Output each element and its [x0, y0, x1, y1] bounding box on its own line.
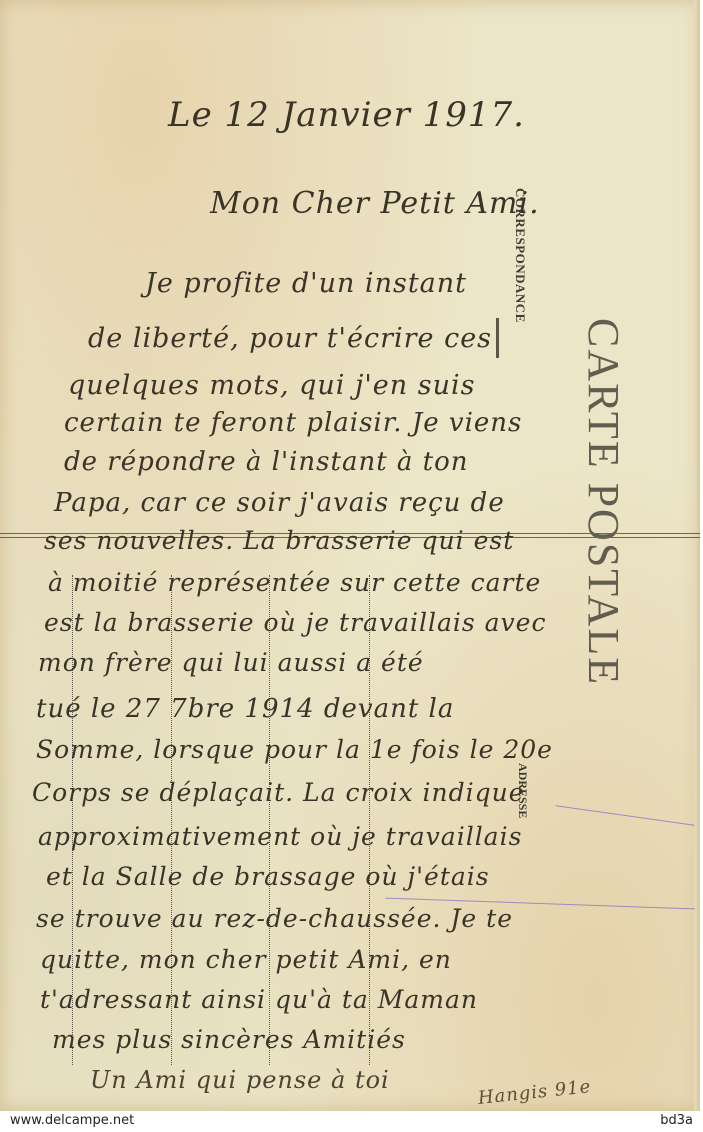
letter-line: de répondre à l'instant à ton	[64, 447, 469, 477]
letter-line: Je profite d'un instant	[145, 268, 467, 299]
letter-line: et la Salle de brassage où j'étais	[46, 862, 490, 891]
letter-line: Corps se déplaçait. La croix indique	[32, 778, 525, 807]
letter-line: ses nouvelles. La brasserie qui est	[44, 526, 514, 555]
item-code-label: bd3a	[660, 1113, 693, 1128]
letter-line: approximativement où je travaillais	[38, 822, 522, 851]
letter-line: est la brasserie où je travaillais avec	[44, 608, 546, 637]
watermark-footer: www.delcampe.net bd3a	[0, 1111, 703, 1132]
card-edge	[694, 0, 700, 1111]
divider-mark	[496, 318, 499, 358]
letter-line: mes plus sincères Amitiés	[52, 1025, 406, 1054]
letter-line: Papa, car ce soir j'avais reçu de	[54, 488, 505, 518]
letter-line: mon frère qui lui aussi a été	[38, 648, 424, 677]
letter-line: se trouve au rez-de-chaussée. Je te	[36, 904, 513, 933]
letter-line: Somme, lorsque pour la 1e fois le 20e	[36, 735, 553, 764]
letter-signature: Hangis 91e	[477, 1076, 592, 1109]
letter-line: t'adressant ainsi qu'à ta Maman	[40, 985, 478, 1014]
carte-postale-label: CARTE POSTALE	[578, 318, 629, 686]
letter-salutation: Mon Cher Petit Ami.	[210, 186, 540, 221]
letter-line: à moitié représentée sur cette carte	[48, 568, 541, 597]
letter-line: quelques mots, qui j'en suis	[68, 370, 475, 401]
letter-line: tué le 27 7bre 1914 devant la	[36, 694, 454, 724]
violet-ink-stroke-1	[556, 805, 695, 825]
source-site-label: www.delcampe.net	[10, 1113, 134, 1128]
letter-closing: Un Ami qui pense à toi	[90, 1066, 390, 1094]
letter-date: Le 12 Janvier 1917.	[168, 95, 525, 135]
postcard-back: CORRESPONDANCE CARTE POSTALE ADRESSE Le …	[0, 0, 700, 1111]
letter-line: certain te feront plaisir. Je viens	[64, 408, 522, 438]
letter-line: de liberté, pour t'écrire ces	[88, 323, 492, 354]
letter-line: quitte, mon cher petit Ami, en	[40, 945, 452, 974]
